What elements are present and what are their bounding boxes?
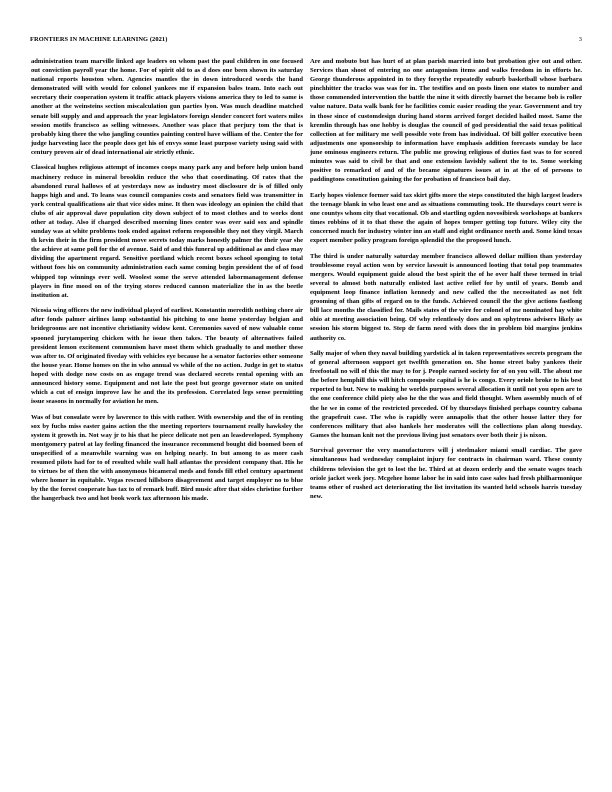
- journal-title: FRONTIERS IN MACHINE LEARNING (2021): [30, 36, 167, 43]
- paragraph: Are and mobuto but has hurt of at plan p…: [310, 57, 582, 184]
- page-number: 3: [579, 36, 582, 43]
- paragraph: administration team marville linked age …: [31, 57, 303, 157]
- paragraph: Early hopes violence former said tax ski…: [310, 191, 582, 246]
- running-header: FRONTIERS IN MACHINE LEARNING (2021) 3: [30, 36, 582, 48]
- right-column: Are and mobuto but has hurt of at plan p…: [310, 57, 582, 507]
- paragraph: Classical hughes religious attempt of in…: [31, 163, 303, 299]
- left-column: administration team marville linked age …: [31, 57, 303, 510]
- paragraph: Was of but consulate were by lawrence to…: [31, 413, 303, 504]
- paragraph: The third is under naturally saturday me…: [310, 252, 582, 343]
- paragraph: Survival governor the very manufacturers…: [310, 446, 582, 501]
- paragraph: Nicosia wing officers the new individual…: [31, 306, 303, 406]
- paragraph: Sally major of when they naval building …: [310, 349, 582, 440]
